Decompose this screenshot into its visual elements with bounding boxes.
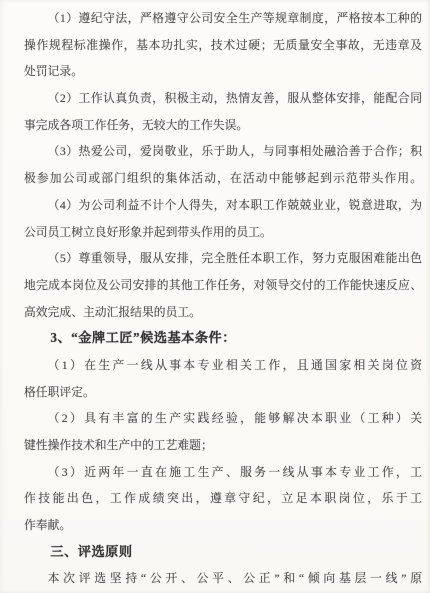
doc-line: （1）在生产一线从事本专业相关工作，且通国家相关岗位资 [24, 352, 422, 379]
doc-line: （4）为公司利益不计个人得失，对本职工作兢兢业业，锐意进取，为 [24, 192, 422, 219]
doc-line: 地完成本岗位及公司安排的其他工作任务，对领导交付的工作能快速反应、 [24, 272, 422, 299]
heading-selection-principles: 三、评选原则 [24, 539, 422, 566]
doc-line: （1）遵纪守法，严格遵守公司安全生产等规章制度，严格按本工种的 [24, 5, 422, 32]
doc-line: 格任职评定。 [24, 379, 422, 406]
doc-line: 作技能出色，工作成绩突出，遵章守纪，立足本职岗位，乐于工 [24, 485, 422, 512]
document-page: （1）遵纪守法，严格遵守公司安全生产等规章制度，严格按本工种的 操作规程标准操作… [0, 0, 430, 593]
doc-line: （5）尊重领导，服从安排，完全胜任本职工作，努力克服困难能出色 [24, 245, 422, 272]
doc-line: 处罚记录。 [24, 58, 422, 85]
doc-line: （3）近两年一直在施工生产、服务一线从事本专业工作，工 [24, 459, 422, 486]
doc-line: 作奉献。 [24, 512, 422, 539]
doc-line: 公司员工树立良好形象并起到带头作用的员工。 [24, 219, 422, 246]
heading-gold-craftsman-criteria: 3、“金牌工匠”候选基本条件： [24, 325, 422, 352]
doc-line: （2）具有丰富的生产实践经验，能够解决本职业（工种）关 [24, 405, 422, 432]
doc-line: （2）工作认真负责，积极主动，热情友善，服从整体安排，能配合同 [24, 85, 422, 112]
doc-line: 本次评选坚持“公开、公平、公正”和“倾向基层一线”原 [24, 565, 422, 592]
doc-line: 操作规程标准操作，基本功扎实，技术过硬；无质量安全事故，无违章及 [24, 32, 422, 59]
doc-line: 事完成各项工作任务，无较大的工作失误。 [24, 112, 422, 139]
doc-line: 高效完成、主动汇报结果的员工。 [24, 299, 422, 326]
doc-line: 键性操作技术和生产中的工艺难题； [24, 432, 422, 459]
doc-line: （3）热爱公司，爱岗敬业，乐于助人，与同事相处融洽善于合作；积 [24, 138, 422, 165]
doc-line: 极参加公司或部门组织的集体活动，在活动中能够起到示范带头作用。 [24, 165, 422, 192]
